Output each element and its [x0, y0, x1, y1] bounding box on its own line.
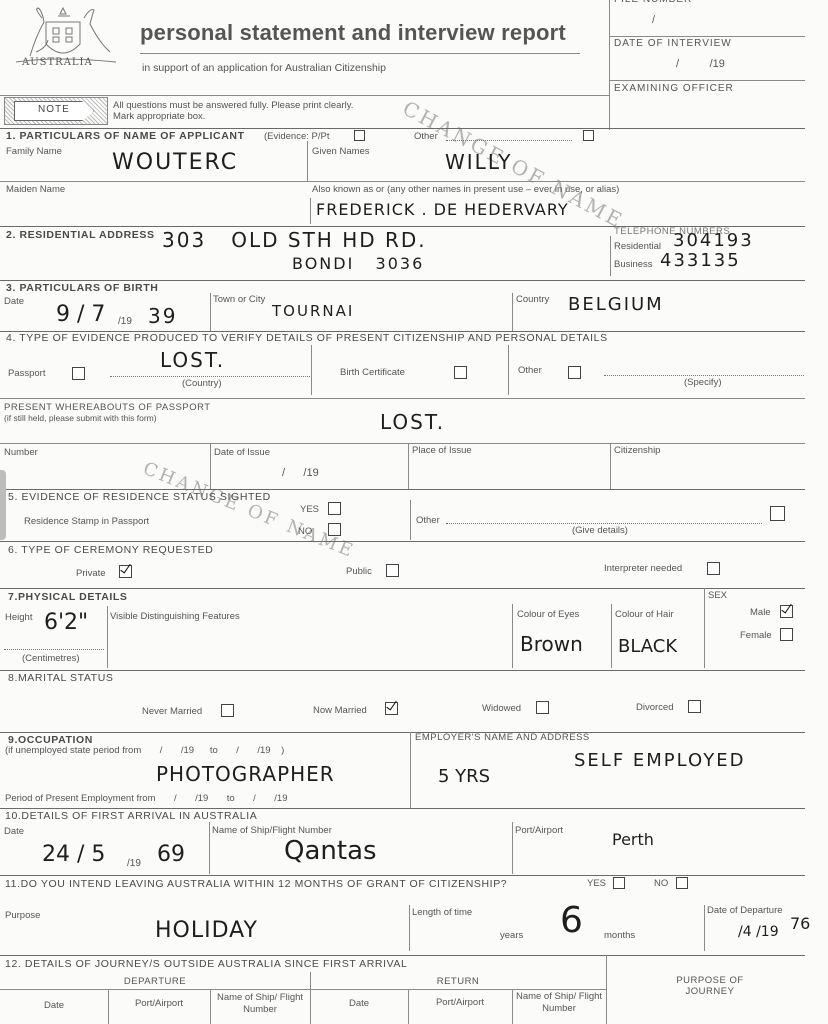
hair-colour-value[interactable]: BLACK — [618, 636, 677, 657]
leaving-no-checkbox[interactable] — [676, 877, 688, 889]
departure-year-value[interactable]: 76 — [790, 914, 810, 933]
residential-phone-value[interactable]: 304193 — [673, 230, 754, 251]
section-11-title: 11.DO YOU INTEND LEAVING AUSTRALIA WITHI… — [5, 878, 507, 890]
arrival-port-value[interactable]: Perth — [612, 830, 654, 849]
purpose-of-journey-header: PURPOSE OF JOURNEY — [660, 975, 760, 997]
section-6-title: 6. TYPE OF CEREMONY REQUESTED — [8, 544, 213, 556]
months-value[interactable]: 6 — [560, 900, 585, 941]
leaving-no-label: NO — [654, 878, 668, 889]
departure-date-label: Date of Departure — [707, 905, 783, 916]
evidence-other-label: Other — [414, 131, 438, 142]
note-line-2: Mark appropriate box. — [113, 111, 205, 122]
return-header: RETURN — [310, 976, 606, 987]
arrival-date-label: Date — [4, 826, 24, 837]
sex-male-label: Male — [750, 607, 771, 618]
business-phone-value[interactable]: 433135 — [660, 250, 741, 271]
section-5-title: 5. EVIDENCE OF RESIDENCE STATUS SIGHTED — [8, 491, 271, 503]
form-subtitle: in support of an application for Austral… — [142, 62, 386, 74]
marital-divorced-label: Divorced — [636, 702, 674, 713]
employer-years-value[interactable]: 5 YRS — [438, 766, 490, 787]
family-name-label: Family Name — [6, 146, 62, 157]
ship-flight-label: Name of Ship/Flight Number — [212, 825, 332, 836]
arrival-date-year[interactable]: 69 — [157, 842, 185, 867]
section-2-title: 2. RESIDENTIAL ADDRESS — [6, 229, 155, 241]
employer-label: EMPLOYER'S NAME AND ADDRESS — [415, 732, 590, 743]
marital-now-married-checkbox[interactable] — [385, 702, 398, 715]
ceremony-private-label: Private — [76, 568, 106, 579]
distinguishing-features-label: Visible Distinguishing Features — [110, 611, 240, 622]
arrival-port-label: Port/Airport — [515, 825, 563, 836]
birth-date-year[interactable]: 39 — [148, 304, 177, 328]
file-number-value[interactable]: / — [652, 14, 655, 26]
maiden-name-label: Maiden Name — [6, 184, 65, 195]
passport-whereabouts-label: PRESENT WHEREABOUTS OF PASSPORT — [4, 402, 211, 413]
arrival-date-century: /19 — [127, 858, 141, 869]
sex-female-label: Female — [740, 630, 772, 641]
address-line-1[interactable]: 303 OLD STH HD RD. — [162, 228, 427, 252]
other-evidence-label: Other — [518, 365, 542, 376]
marital-never-married-checkbox[interactable] — [221, 704, 234, 717]
evidence-ppt-checkbox[interactable] — [354, 130, 365, 141]
specify-caption: (Specify) — [684, 377, 721, 388]
purpose-label: Purpose — [5, 910, 40, 921]
file-number-label: FILE NUMBER — [614, 0, 692, 5]
unemployed-period-line: (if unemployed state period from / /19 t… — [5, 745, 284, 756]
residence-stamp-label: Residence Stamp in Passport — [24, 516, 149, 527]
months-label: months — [604, 930, 635, 941]
ship-flight-value[interactable]: Qantas — [284, 836, 377, 866]
section-1-title: 1. PARTICULARS OF NAME OF APPLICANT — [6, 130, 245, 142]
interpreter-checkbox[interactable] — [707, 562, 720, 575]
birth-certificate-checkbox[interactable] — [454, 366, 467, 379]
journey-col-return-ship: Name of Ship/ Flight Number — [512, 991, 606, 1015]
section-7-title: 7.PHYSICAL DETAILS — [8, 591, 128, 603]
passport-label: Passport — [8, 368, 46, 379]
marital-never-married-label: Never Married — [142, 706, 202, 717]
journey-col-departure-port: Port/Airport — [108, 998, 210, 1009]
marital-now-married-label: Now Married — [313, 705, 367, 716]
occupation-value[interactable]: PHOTOGRAPHER — [156, 762, 335, 786]
interpreter-label: Interpreter needed — [604, 563, 682, 574]
note-label: NOTE — [38, 104, 70, 115]
passport-number-label: Number — [4, 447, 38, 458]
birth-date-label: Date — [4, 296, 24, 307]
page-edge-shadow — [0, 470, 6, 540]
section-4-title: 4. TYPE OF EVIDENCE PRODUCED TO VERIFY D… — [6, 332, 608, 344]
date-of-interview-label: DATE OF INTERVIEW — [614, 38, 732, 49]
purpose-value[interactable]: HOLIDAY — [155, 918, 258, 943]
passport-whereabouts-sub: (if still held, please submit with this … — [4, 413, 157, 423]
journey-col-departure-ship: Name of Ship/ Flight Number — [210, 992, 310, 1016]
note-line-1: All questions must be answered fully. Pl… — [113, 100, 353, 111]
aka-label: Also known as or (any other names in pre… — [312, 184, 619, 195]
birth-certificate-label: Birth Certificate — [340, 367, 405, 378]
height-label: Height — [5, 612, 32, 623]
residence-other-checkbox[interactable] — [770, 506, 785, 521]
residence-yes-checkbox[interactable] — [328, 502, 341, 515]
passport-checkbox[interactable] — [72, 367, 85, 380]
give-details-caption: (Give details) — [572, 525, 628, 536]
marital-widowed-checkbox[interactable] — [536, 701, 549, 714]
journey-col-return-port: Port/Airport — [408, 997, 512, 1008]
leaving-yes-label: YES — [587, 878, 606, 889]
section-3-title: 3. PARTICULARS OF BIRTH — [6, 282, 158, 294]
crest-label: AUSTRALIA — [22, 57, 93, 68]
given-names-label: Given Names — [312, 146, 370, 157]
passport-whereabouts-value[interactable]: LOST. — [380, 410, 445, 434]
business-phone-label: Business — [614, 259, 653, 270]
aka-value[interactable]: FREDERICK . DE HEDERVARY — [316, 200, 569, 219]
height-value[interactable]: 6'2" — [44, 610, 88, 635]
marital-divorced-checkbox[interactable] — [688, 700, 701, 713]
residence-no-checkbox[interactable] — [328, 523, 341, 536]
years-label: years — [500, 930, 523, 941]
country-of-birth-label: Country — [516, 294, 549, 305]
ceremony-public-label: Public — [346, 566, 372, 577]
residence-yes-label: YES — [300, 504, 319, 515]
eye-colour-value[interactable]: Brown — [520, 632, 583, 656]
given-names-value[interactable]: WILLY — [445, 150, 513, 174]
residence-other-label: Other — [416, 515, 440, 526]
journey-col-return-date: Date — [310, 998, 408, 1009]
present-employment-period-line: Period of Present Employment from / /19 … — [5, 793, 287, 804]
employer-value[interactable]: SELF EMPLOYED — [574, 750, 745, 771]
date-of-issue-label: Date of Issue — [214, 447, 270, 458]
section-12-title: 12. DETAILS OF JOURNEY/S OUTSIDE AUSTRAL… — [5, 958, 407, 970]
country-caption: (Country) — [182, 378, 222, 389]
place-of-issue-label: Place of Issue — [412, 445, 472, 456]
town-value[interactable]: TOURNAI — [272, 302, 354, 320]
departure-header: DEPARTURE — [0, 976, 310, 987]
town-label: Town or City — [213, 294, 265, 305]
marital-widowed-label: Widowed — [482, 703, 521, 714]
sex-female-checkbox[interactable] — [780, 628, 793, 641]
passport-country-value[interactable]: LOST. — [160, 348, 225, 372]
section-10-title: 10.DETAILS OF FIRST ARRIVAL IN AUSTRALIA — [5, 810, 257, 822]
date-of-interview-value[interactable]: / /19 — [676, 58, 725, 70]
other-evidence-checkbox[interactable] — [568, 366, 581, 379]
birth-date-day-month[interactable]: 9 / 7 — [56, 302, 105, 327]
examining-officer-label: EXAMINING OFFICER — [614, 83, 734, 94]
departure-date-value[interactable]: /4 /19 — [738, 924, 779, 940]
arrival-date-day-month[interactable]: 24 / 5 — [42, 842, 105, 867]
section-8-title: 8.MARITAL STATUS — [8, 672, 113, 684]
sex-label: SEX — [708, 590, 727, 601]
date-of-issue-value[interactable]: / /19 — [282, 467, 319, 479]
family-name-value[interactable]: WOUTERC — [112, 150, 238, 175]
leaving-yes-checkbox[interactable] — [613, 877, 625, 889]
centimetres-caption: (Centimetres) — [22, 653, 80, 664]
birth-date-century: /19 — [118, 316, 132, 327]
length-of-time-label: Length of time — [412, 907, 472, 918]
residential-phone-label: Residential — [614, 241, 661, 252]
sex-male-checkbox[interactable] — [780, 605, 793, 618]
journey-col-departure-date: Date — [0, 1000, 108, 1011]
form-title: personal statement and interview report — [140, 20, 566, 46]
evidence-other-checkbox[interactable] — [583, 130, 594, 141]
evidence-label: (Evidence: P/Pt — [264, 131, 329, 142]
ceremony-private-checkbox[interactable] — [119, 565, 132, 578]
eye-colour-label: Colour of Eyes — [517, 609, 579, 620]
country-of-birth-value[interactable]: BELGIUM — [568, 294, 664, 315]
hair-colour-label: Colour of Hair — [615, 609, 674, 620]
address-line-2[interactable]: BONDI 3036 — [292, 254, 424, 273]
residence-no-label: NO — [298, 526, 312, 537]
ceremony-public-checkbox[interactable] — [386, 564, 399, 577]
citizenship-label: Citizenship — [614, 445, 660, 456]
